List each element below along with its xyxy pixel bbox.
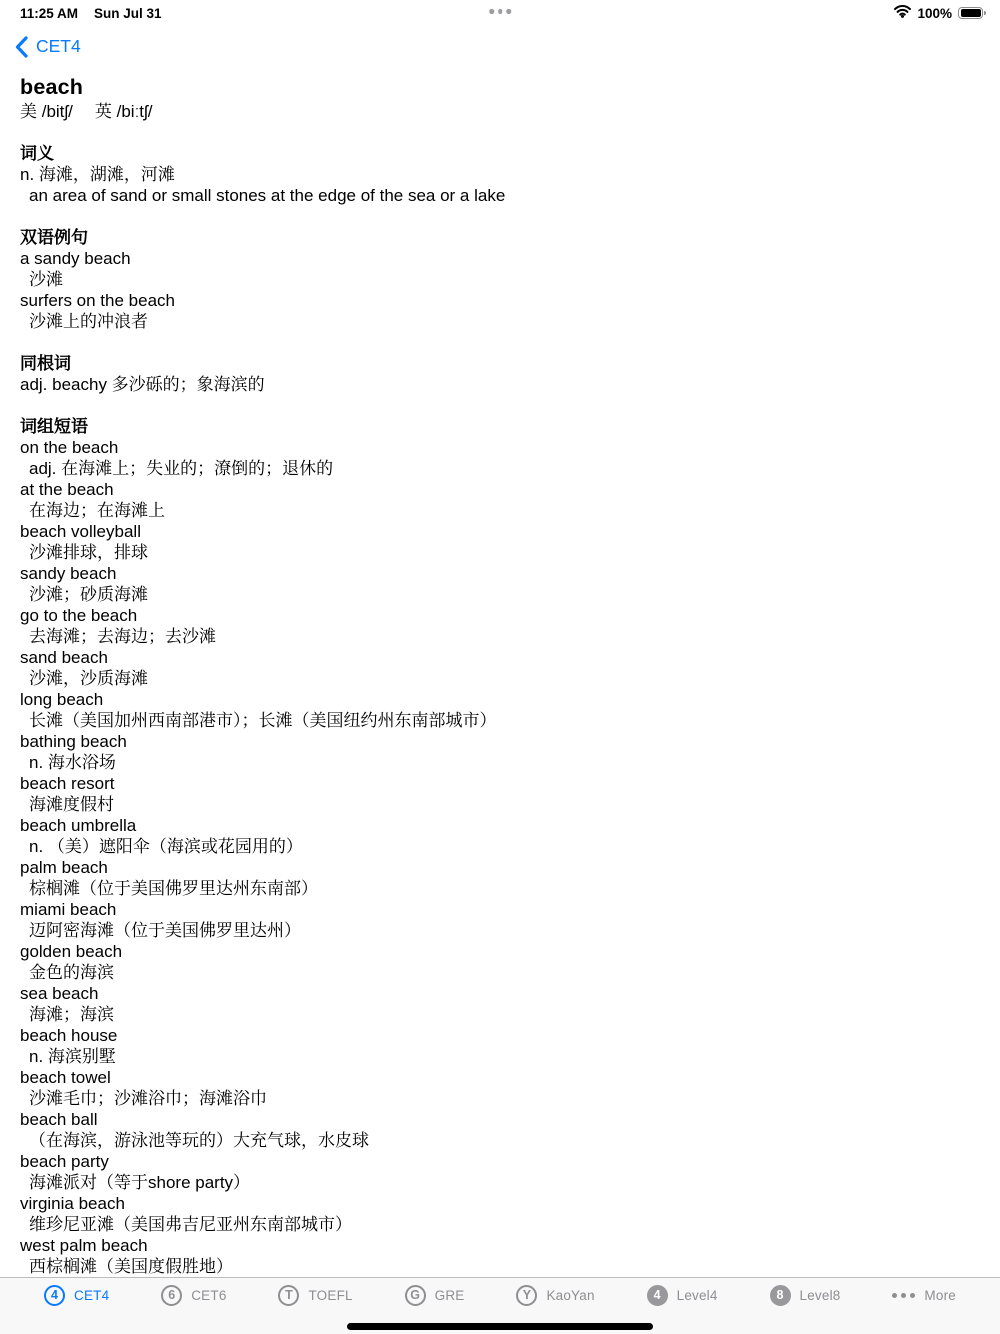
translation-line: 在海边；在海滩上 <box>20 500 980 521</box>
phrase-line: beach resort <box>20 773 980 794</box>
tab-label: TOEFL <box>308 1288 352 1303</box>
phrase-line: miami beach <box>20 899 980 920</box>
phrase-line: beach umbrella <box>20 815 980 836</box>
phrase-line: beach party <box>20 1151 980 1172</box>
translation-line: n. （美）遮阳伞（海滨或花园用的） <box>20 836 980 857</box>
tab-label: More <box>924 1288 956 1303</box>
back-label: CET4 <box>36 36 81 57</box>
phrase-line: golden beach <box>20 941 980 962</box>
translation-line: n. 海水浴场 <box>20 752 980 773</box>
tab-level4[interactable]: 4Level4 <box>647 1285 718 1306</box>
phrase-line: beach house <box>20 1025 980 1046</box>
translation-line: 沙滩上的冲浪者 <box>20 311 980 332</box>
phrase-line: bathing beach <box>20 731 980 752</box>
tab-cet4[interactable]: 4CET4 <box>44 1285 109 1306</box>
section-meaning: 词义n. 海滩，湖滩，河滩an area of sand or small st… <box>20 143 980 206</box>
entry-word: beach <box>20 74 980 101</box>
translation-line: an area of sand or small stones at the e… <box>20 185 980 206</box>
section-cognates: 同根词adj. beachy 多沙砾的；象海滨的 <box>20 353 980 395</box>
status-left: 11:25 AM Sun Jul 31 <box>14 6 162 21</box>
nav-bar: CET4 <box>15 33 81 60</box>
phrase-line: beach ball <box>20 1109 980 1130</box>
kaoyan-circle-icon: Y <box>516 1285 537 1306</box>
phrase-line: beach towel <box>20 1067 980 1088</box>
tab-label: CET6 <box>191 1288 226 1303</box>
phrase-line: sea beach <box>20 983 980 1004</box>
status-right: 100% <box>894 5 986 21</box>
section-title: 词组短语 <box>20 416 980 437</box>
toefl-circle-icon: T <box>278 1285 299 1306</box>
cet4-circle-icon: 4 <box>44 1285 65 1306</box>
tab-level8[interactable]: 8Level8 <box>770 1285 841 1306</box>
translation-line: adj. 在海滩上；失业的；潦倒的；退休的 <box>20 458 980 479</box>
level4-circle-icon: 4 <box>647 1285 668 1306</box>
status-bar: 11:25 AM Sun Jul 31 100% <box>0 0 1000 26</box>
phrase-line: virginia beach <box>20 1193 980 1214</box>
tab-label: Level4 <box>677 1288 718 1303</box>
multitask-dots-icon <box>489 9 511 14</box>
translation-line: 沙滩毛巾；沙滩浴巾；海滩浴巾 <box>20 1088 980 1109</box>
status-time: 11:25 AM <box>20 6 78 21</box>
translation-line: 迈阿密海滩（位于美国佛罗里达州） <box>20 920 980 941</box>
section-phrases: 词组短语on the beachadj. 在海滩上；失业的；潦倒的；退休的at … <box>20 416 980 1277</box>
tab-label: GRE <box>435 1288 465 1303</box>
translation-line: 长滩（美国加州西南部港市）；长滩（美国纽约州东南部城市） <box>20 710 980 731</box>
home-indicator[interactable] <box>347 1323 653 1330</box>
translation-line: 棕榈滩（位于美国佛罗里达州东南部） <box>20 878 980 899</box>
section-title: 词义 <box>20 143 980 164</box>
chevron-left-icon <box>15 36 28 58</box>
wifi-icon <box>894 5 911 21</box>
tab-label: Level8 <box>800 1288 841 1303</box>
translation-line: 西棕榈滩（美国度假胜地） <box>20 1256 980 1277</box>
tab-toefl[interactable]: TTOEFL <box>278 1285 352 1306</box>
section-title: 双语例句 <box>20 227 980 248</box>
more-dots-icon <box>892 1285 915 1306</box>
translation-line: 海滩度假村 <box>20 794 980 815</box>
phrase-line: sandy beach <box>20 563 980 584</box>
phrase-line: long beach <box>20 689 980 710</box>
translation-line: （在海滨，游泳池等玩的）大充气球，水皮球 <box>20 1130 980 1151</box>
phrase-line: on the beach <box>20 437 980 458</box>
entry-phonetics: 美 /bitʃ/英 /biːtʃ/ <box>20 101 980 122</box>
dictionary-entry: beach 美 /bitʃ/英 /biːtʃ/ 词义n. 海滩，湖滩，河滩an … <box>0 60 1000 1277</box>
phrase-line: go to the beach <box>20 605 980 626</box>
phrase-line: sand beach <box>20 647 980 668</box>
tab-cet6[interactable]: 6CET6 <box>161 1285 226 1306</box>
translation-line: 沙滩 <box>20 269 980 290</box>
status-date: Sun Jul 31 <box>94 6 162 21</box>
section-examples: 双语例句a sandy beach沙滩surfers on the beach沙… <box>20 227 980 332</box>
translation-line: 金色的海滨 <box>20 962 980 983</box>
tab-more[interactable]: More <box>892 1285 956 1306</box>
battery-percent: 100% <box>917 6 952 21</box>
translation-line: 沙滩，沙质海滩 <box>20 668 980 689</box>
translation-line: 海滩派对（等于shore party） <box>20 1172 980 1193</box>
phrase-line: surfers on the beach <box>20 290 980 311</box>
tab-kaoyan[interactable]: YKaoYan <box>516 1285 594 1306</box>
phonetic-uk: 英 /biːtʃ/ <box>95 102 153 121</box>
section-title: 同根词 <box>20 353 980 374</box>
level8-circle-icon: 8 <box>770 1285 791 1306</box>
cet6-circle-icon: 6 <box>161 1285 182 1306</box>
tab-label: CET4 <box>74 1288 109 1303</box>
phrase-line: palm beach <box>20 857 980 878</box>
translation-line: 沙滩排球，排球 <box>20 542 980 563</box>
translation-line: 去海滩；去海边；去沙滩 <box>20 626 980 647</box>
tab-label: KaoYan <box>546 1288 594 1303</box>
phrase-line: west palm beach <box>20 1235 980 1256</box>
phrase-line: a sandy beach <box>20 248 980 269</box>
tab-gre[interactable]: GGRE <box>405 1285 465 1306</box>
sections-container: 词义n. 海滩，湖滩，河滩an area of sand or small st… <box>20 143 980 1277</box>
phrase-line: adj. beachy 多沙砾的；象海滨的 <box>20 374 980 395</box>
phrase-line: at the beach <box>20 479 980 500</box>
phrase-line: n. 海滩，湖滩，河滩 <box>20 164 980 185</box>
back-button[interactable]: CET4 <box>15 36 81 58</box>
battery-icon <box>958 7 986 20</box>
translation-line: 维珍尼亚滩（美国弗吉尼亚州东南部城市） <box>20 1214 980 1235</box>
translation-line: 沙滩；砂质海滩 <box>20 584 980 605</box>
phrase-line: beach volleyball <box>20 521 980 542</box>
translation-line: 海滩；海滨 <box>20 1004 980 1025</box>
gre-circle-icon: G <box>405 1285 426 1306</box>
phonetic-us: 美 /bitʃ/ <box>20 102 73 121</box>
translation-line: n. 海滨别墅 <box>20 1046 980 1067</box>
